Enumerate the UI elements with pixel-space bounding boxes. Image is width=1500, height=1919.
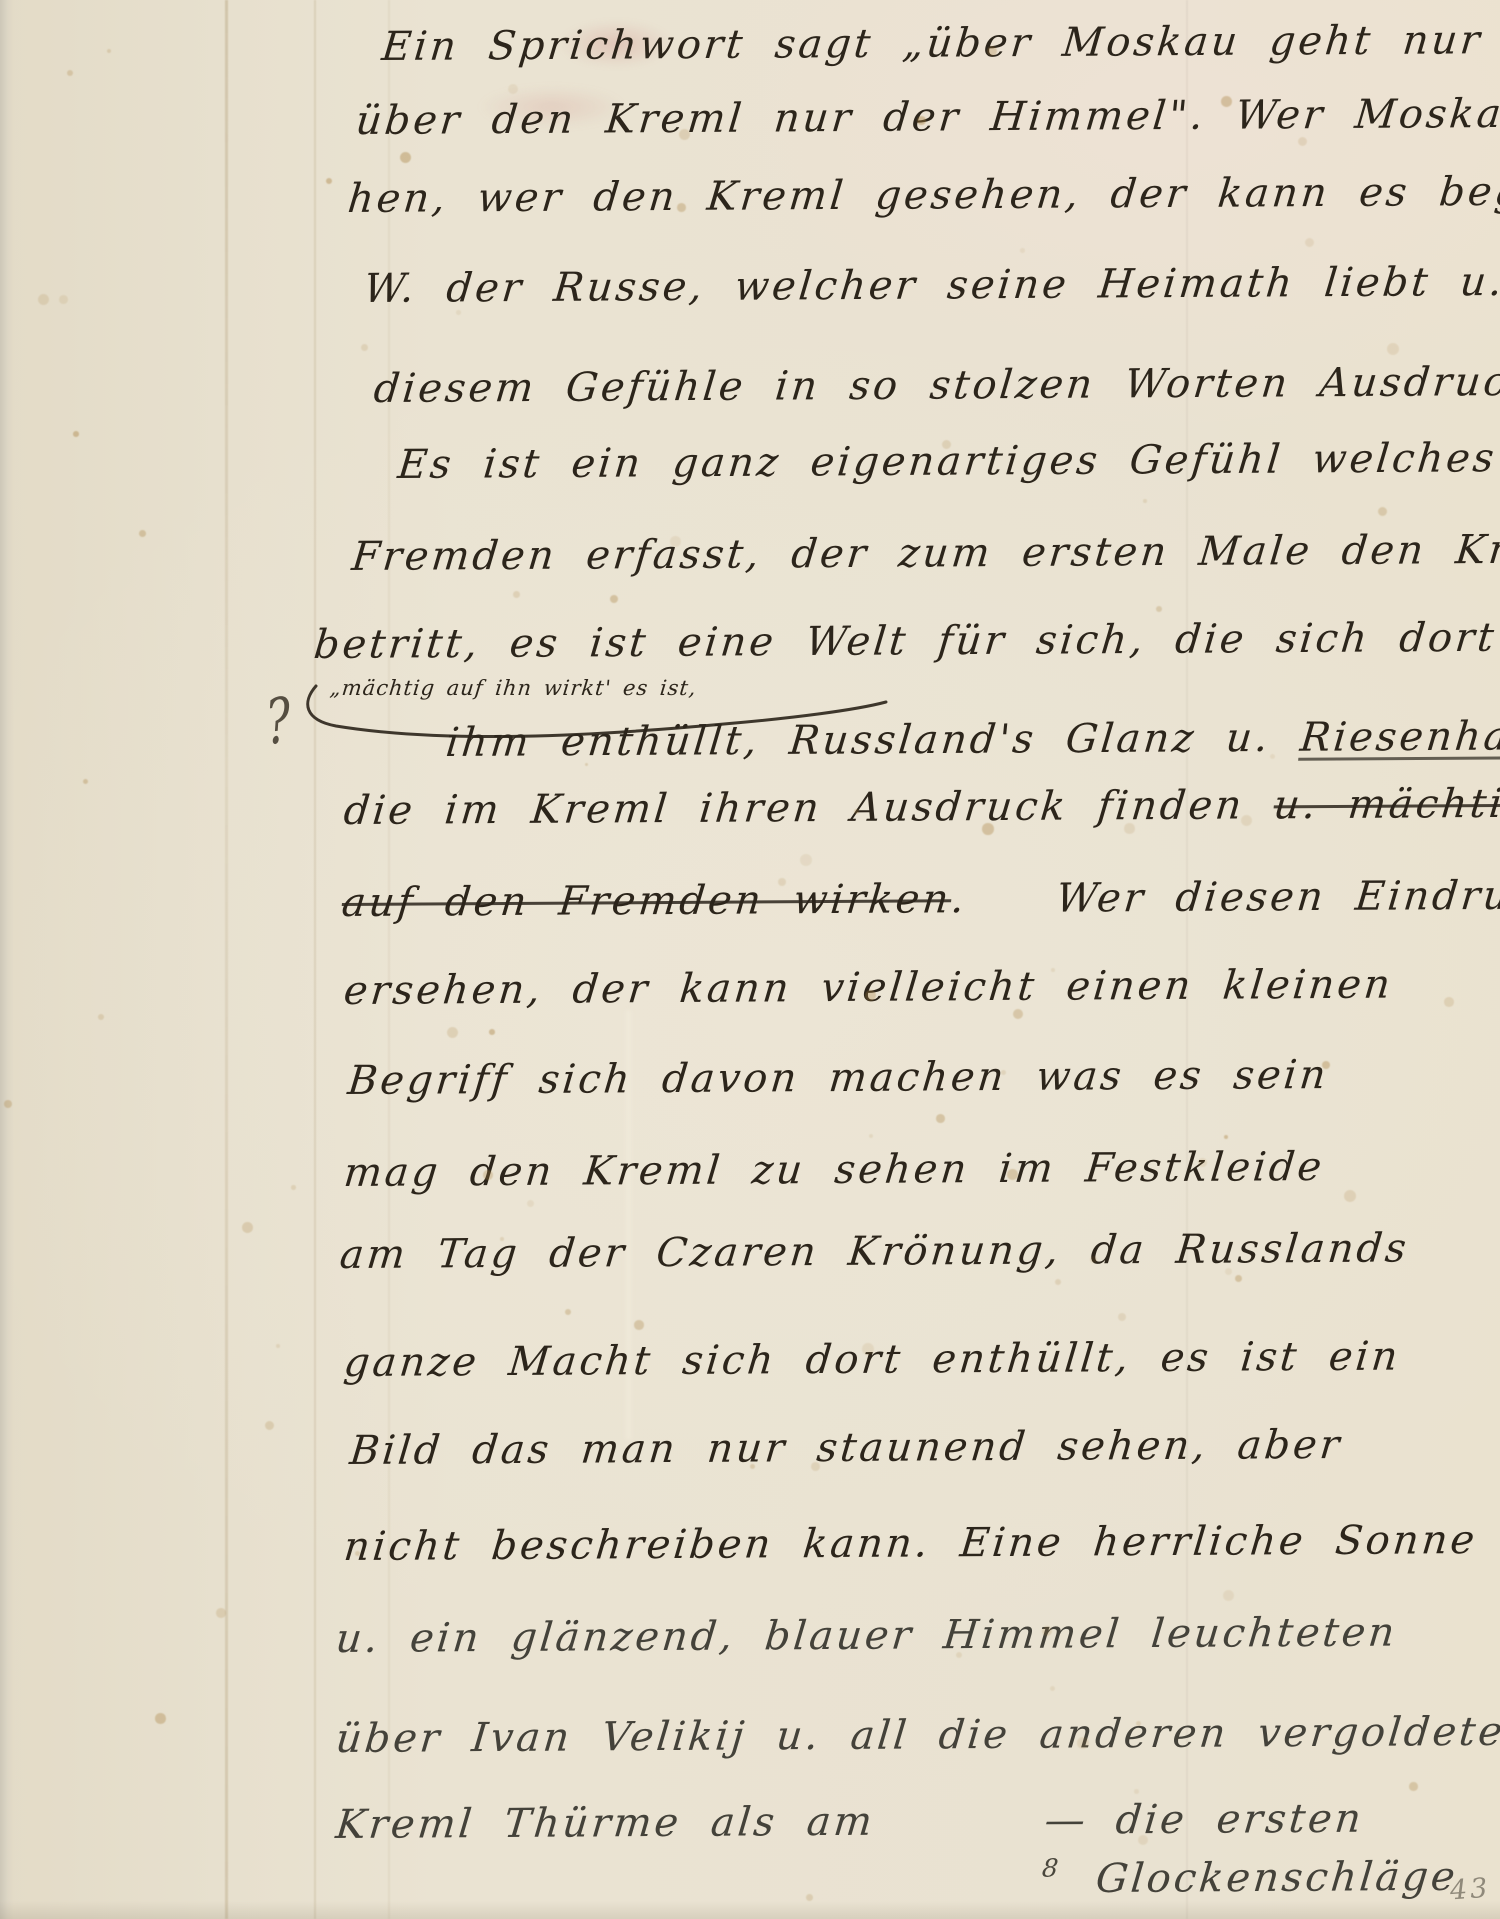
manuscript-line-16: ganze Macht sich dort enthüllt, es ist e… <box>341 1330 1403 1390</box>
text-segment: betritt, es ist eine Welt für sich, die … <box>312 614 1500 668</box>
manuscript-line-9: ihm enthüllt, Russland's Glanz u. Riesen… <box>443 708 1500 770</box>
foxing-spot <box>1305 238 1314 247</box>
text-segment: ihm enthüllt, Russland's Glanz u. <box>444 715 1303 766</box>
manuscript-line-17: Bild das man nur staunend sehen, aber <box>347 1418 1344 1478</box>
text-segment: über den Kreml nur der Himmel". Wer Mosk… <box>354 90 1500 144</box>
struck-text: u. mächtig <box>1272 781 1500 829</box>
foxing-spot <box>447 1027 458 1038</box>
foxing-spot <box>59 295 68 304</box>
foxing-spot <box>806 1894 813 1901</box>
manuscript-line-2: über den Kreml nur der Himmel". Wer Mosk… <box>353 86 1500 148</box>
text-segment: die im Kreml ihren Ausdruck finden <box>342 782 1276 834</box>
foxing-spot <box>276 1344 280 1348</box>
text-segment: Begriff sich davon machen was es sein <box>346 1052 1331 1104</box>
text-segment: Kreml Thürme als am <box>334 1799 877 1848</box>
manuscript-line-12: ersehen, der kann vielleicht einen klein… <box>341 958 1395 1018</box>
foxing-spot <box>400 152 411 163</box>
foxing-spot <box>139 530 146 537</box>
foxing-spot <box>73 431 79 437</box>
foxing-spot <box>265 1421 274 1430</box>
foxing-spot <box>1055 1279 1061 1285</box>
foxing-spot <box>936 1114 945 1123</box>
text-segment: ganze Macht sich dort enthüllt, es ist e… <box>342 1334 1403 1386</box>
foxing-spot <box>527 1200 534 1207</box>
manuscript-line-13: Begriff sich davon machen was es sein <box>345 1048 1331 1108</box>
text-segment: nicht beschreiben kann. Eine herrliche S… <box>342 1517 1480 1570</box>
foxing-spot <box>291 1185 296 1190</box>
interline-insertion: „mächtig auf ihn wirkt' es ist, <box>329 676 698 700</box>
manuscript-line-15: am Tag der Czaren Krönung, da Russlands <box>337 1221 1411 1282</box>
foxing-spot <box>800 854 812 866</box>
manuscript-line-5: diesem Gefühle in so stolzen Worten Ausd… <box>371 354 1500 416</box>
manuscript-line-22: Glockenschläge <box>1093 1850 1460 1906</box>
text-segment: mag den Kreml zu sehen im Festkleide <box>342 1144 1327 1196</box>
foxing-spot <box>610 595 618 603</box>
foxing-spot <box>513 591 520 598</box>
fold-line-1 <box>225 0 228 1919</box>
dash-glyph: — <box>1043 1797 1091 1843</box>
manuscript-line-8: betritt, es ist eine Welt für sich, die … <box>311 610 1500 672</box>
text-segment: Es ist ein ganz eigenartiges Gefühl welc… <box>396 435 1500 488</box>
text-segment: . Wer diesen Eindruck <box>949 873 1500 923</box>
paper-left-edge <box>0 0 14 1919</box>
text-segment: W. der Russe, welcher seine Heimath lieb… <box>362 258 1500 312</box>
text-segment: ersehen, der kann vielleicht einen klein… <box>342 962 1395 1014</box>
manuscript-line-19: u. ein glänzend, blauer Himmel leuchtete… <box>333 1606 1400 1666</box>
foxing-spot <box>326 178 332 184</box>
foxing-spot <box>1224 1135 1228 1139</box>
foxing-spot <box>1223 1590 1234 1601</box>
foxing-spot <box>565 1309 571 1315</box>
foxing-spot <box>869 1134 873 1138</box>
foxing-spot <box>1344 1190 1356 1202</box>
foxing-spot <box>98 1014 104 1020</box>
text-segment: hen, wer den Kreml gesehen, der kann es … <box>346 168 1500 222</box>
page-number: 43 <box>1449 1873 1491 1907</box>
foxing-spot <box>361 344 368 351</box>
foxing-spot <box>1143 499 1147 503</box>
foxing-spot <box>1378 507 1387 516</box>
foxing-spot <box>155 1713 166 1724</box>
text-segment: Fremden erfasst, der zum ersten Male den… <box>350 526 1500 580</box>
foxing-spot <box>1020 248 1025 253</box>
foxing-spot <box>489 1029 495 1035</box>
foxing-spot <box>1118 1313 1126 1321</box>
foxing-spot <box>1050 1686 1055 1691</box>
foxing-spot <box>107 49 111 53</box>
margin-question-mark: ? <box>263 683 293 759</box>
insertion-caret: 8 <box>1039 1842 1060 1896</box>
insertion-dash: —8 <box>1043 1797 1091 1843</box>
foxing-spot <box>1387 343 1399 355</box>
manuscript-line-11: auf den Fremden wirken. Wer diesen Eindr… <box>339 869 1500 930</box>
foxing-spot <box>83 779 88 784</box>
manuscript-line-4: W. der Russe, welcher seine Heimath lieb… <box>361 254 1500 316</box>
text-segment: am Tag der Czaren Krönung, da Russlands <box>338 1225 1411 1278</box>
text-segment: die ersten <box>1114 1796 1366 1844</box>
manuscript-line-6: Es ist ein ganz eigenartiges Gefühl welc… <box>395 431 1500 492</box>
text-segment: u. ein glänzend, blauer Himmel leuchtete… <box>334 1610 1400 1662</box>
manuscript-line-1: Ein Sprichwort sagt „über Moskau geht nu… <box>379 12 1500 74</box>
text-segment: Bild das man nur staunend sehen, aber <box>348 1422 1345 1474</box>
foxing-spot <box>216 1608 226 1618</box>
manuscript-line-14: mag den Kreml zu sehen im Festkleide <box>341 1140 1327 1200</box>
foxing-spot <box>38 294 49 305</box>
manuscript-line-20: über Ivan Velikij u. all die anderen ver… <box>333 1705 1500 1766</box>
text-segment: über Ivan Velikij u. all die anderen ver… <box>334 1709 1500 1762</box>
manuscript-line-21: Kreml Thürme als am—8die ersten <box>333 1792 1366 1852</box>
struck-text: auf den Fremden wirken <box>340 876 954 926</box>
text-segment: Ein Sprichwort sagt „über Moskau geht nu… <box>380 16 1500 70</box>
fold-line-2 <box>314 0 316 1919</box>
manuscript-line-10: die im Kreml ihren Ausdruck finden u. mä… <box>341 777 1500 838</box>
foxing-spot <box>1444 997 1454 1007</box>
foxing-spot <box>634 1320 644 1330</box>
manuscript-line-3: hen, wer den Kreml gesehen, der kann es … <box>345 164 1500 226</box>
manuscript-page: Ein Sprichwort sagt „über Moskau geht nu… <box>0 0 1500 1919</box>
foxing-spot <box>1156 606 1162 612</box>
foxing-spot <box>67 70 73 76</box>
text-segment: diesem Gefühle in so stolzen Worten Ausd… <box>372 358 1500 412</box>
text-segment: Glockenschläge <box>1094 1854 1460 1902</box>
underlined-word: Riesenhaftigkeit <box>1298 712 1500 760</box>
foxing-spot <box>1409 1782 1418 1791</box>
manuscript-line-18: nicht beschreiben kann. Eine herrliche S… <box>341 1513 1480 1574</box>
foxing-spot <box>242 1222 253 1233</box>
manuscript-line-7: Fremden erfasst, der zum ersten Male den… <box>349 522 1500 584</box>
